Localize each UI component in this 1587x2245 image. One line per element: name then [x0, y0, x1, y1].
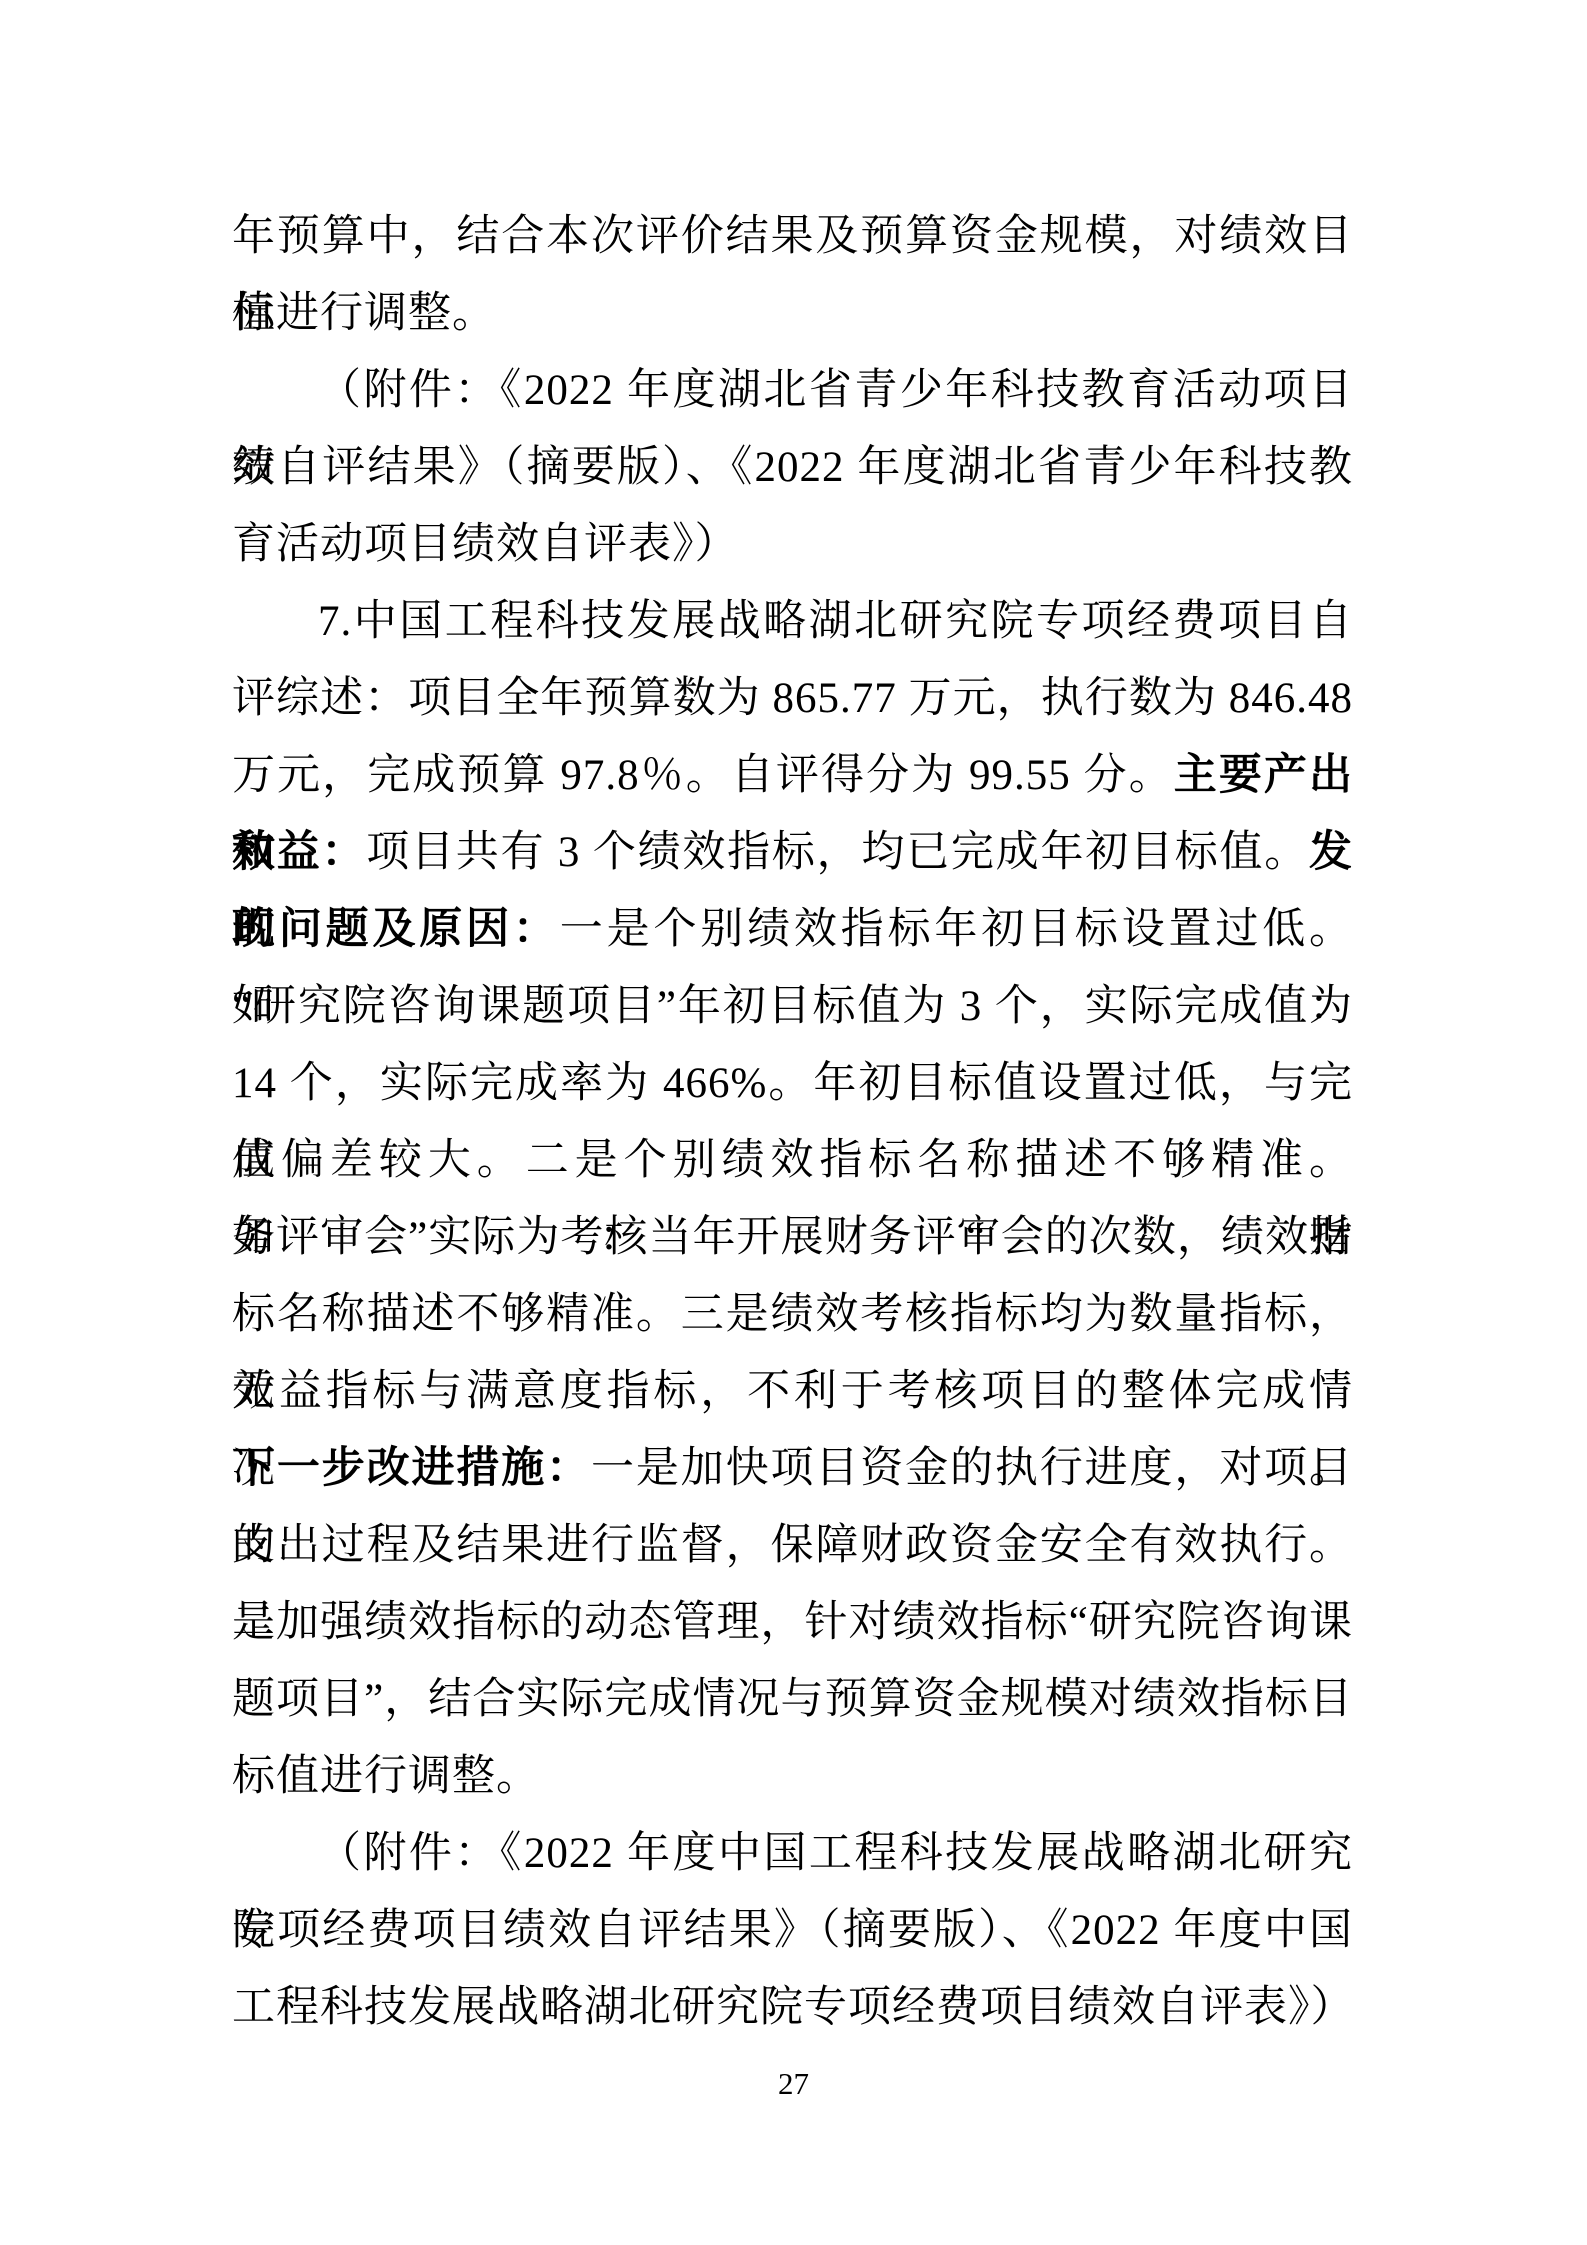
text-segment: 7.中国工程科技发展战略湖北研究院专项经费项目自: [318, 598, 1353, 645]
text-segment: 育活动项目绩效自评表》）: [232, 521, 739, 568]
text-segment: 题项目”，结合实际完成情况与预算资金规模对绩效指标目: [232, 1676, 1353, 1723]
text-line: 是加强绩效指标的动态管理，针对绩效指标“研究院咨询课: [232, 1584, 1353, 1661]
text-segment: 值进行调整。: [232, 290, 496, 337]
text-line: 标值进行调整。: [232, 1738, 1353, 1815]
text-line: 标名称描述不够精准。三是绩效考核指标均为数量指标，无: [232, 1276, 1353, 1353]
text-line: 专项经费项目绩效自评结果》（摘要版）、《2022 年度中国: [232, 1892, 1353, 1969]
text-segment: 评综述：项目全年预算数为 865.77 万元，执行数为 846.48: [232, 675, 1353, 722]
text-line: 评综述：项目全年预算数为 865.77 万元，执行数为 846.48: [232, 660, 1353, 737]
text-segment: 是加强绩效指标的动态管理，针对绩效指标“研究院咨询课: [232, 1599, 1353, 1646]
text-line: 效益：项目共有 3 个绩效指标，均已完成年初目标值。发现: [232, 814, 1353, 891]
text-segment: 标值进行调整。: [232, 1753, 540, 1800]
text-line: 效自评结果》（摘要版）、《2022 年度湖北省青少年科技教: [232, 429, 1353, 506]
text-line: 支出过程及结果进行监督，保障财政资金安全有效执行。二: [232, 1507, 1353, 1584]
text-line: 题项目”，结合实际完成情况与预算资金规模对绩效指标目: [232, 1661, 1353, 1738]
bold-text-segment: 下一步改进措施：: [232, 1445, 591, 1492]
text-segment: 工程科技发展战略湖北研究院专项经费项目绩效自评表》）: [232, 1984, 1355, 2031]
text-line: 7.中国工程科技发展战略湖北研究院专项经费项目自: [232, 583, 1353, 660]
text-segment: 专项经费项目绩效自评结果》（摘要版）、《2022 年度中国: [232, 1907, 1353, 1954]
text-line: 14 个，实际完成率为 466%。年初目标值设置过低，与完成: [232, 1045, 1353, 1122]
text-segment: 务评审会”实际为考核当年开展财务评审会的次数，绩效指: [232, 1214, 1353, 1261]
document-body: 年预算中，结合本次评价结果及预算资金规模，对绩效目标 值进行调整。 （附件：《2…: [232, 198, 1353, 2046]
text-line: 下一步改进措施：一是加快项目资金的执行进度，对项目的: [232, 1430, 1353, 1507]
text-line: 万元，完成预算 97.8％。自评得分为 99.55 分。主要产出和: [232, 737, 1353, 814]
text-line: “研究院咨询课题项目”年初目标值为 3 个，实际完成值为: [232, 968, 1353, 1045]
text-line: 务评审会”实际为考核当年开展财务评审会的次数，绩效指: [232, 1199, 1353, 1276]
text-segment: 万元，完成预算 97.8％。自评得分为 99.55 分。: [232, 752, 1174, 799]
document-page: 年预算中，结合本次评价结果及预算资金规模，对绩效目标 值进行调整。 （附件：《2…: [0, 0, 1587, 2245]
text-line: （附件：《2022 年度中国工程科技发展战略湖北研究院: [232, 1815, 1353, 1892]
text-line: 的问题及原因：一是个别绩效指标年初目标设置过低。如：: [232, 891, 1353, 968]
text-line: 工程科技发展战略湖北研究院专项经费项目绩效自评表》）: [232, 1969, 1353, 2046]
text-line: （附件：《2022 年度湖北省青少年科技教育活动项目绩: [232, 352, 1353, 429]
text-line: 值进行调整。: [232, 275, 1353, 352]
text-segment: “研究院咨询课题项目”年初目标值为 3 个，实际完成值为: [232, 983, 1353, 1030]
text-segment: 效自评结果》（摘要版）、《2022 年度湖北省青少年科技教: [232, 444, 1353, 491]
bold-text-segment: 效益：: [232, 829, 366, 876]
text-line: 年预算中，结合本次评价结果及预算资金规模，对绩效目标: [232, 198, 1353, 275]
text-segment: 项目共有 3 个绩效指标，均已完成年初目标值。: [366, 829, 1309, 876]
text-line: 值偏差较大。二是个别绩效指标名称描述不够精准。如：“财: [232, 1122, 1353, 1199]
text-line: 育活动项目绩效自评表》）: [232, 506, 1353, 583]
bold-text-segment: 的问题及原因：: [232, 906, 560, 953]
text-line: 效益指标与满意度指标，不利于考核项目的整体完成情况。: [232, 1353, 1353, 1430]
page-number: 27: [0, 2062, 1587, 2106]
